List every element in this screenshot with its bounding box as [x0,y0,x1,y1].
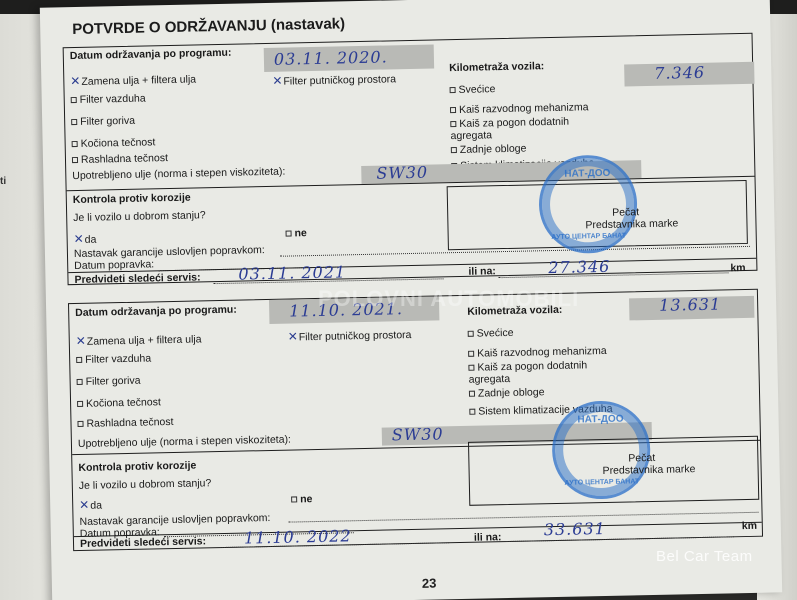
item-label: Kočiona tečnost [81,136,156,150]
next-service-date-value[interactable]: 03.11. 2021 [238,262,346,283]
left-page-text-fragment: ti [0,176,6,187]
maintenance-date-label: Datum održavanja po programu: [70,46,250,63]
checked-x-icon: ✕ [79,498,89,512]
next-service-date-value[interactable]: 11.10. 2022 [244,526,352,547]
item-label: Filter putničkog prostora [283,73,396,87]
item-label: Zamena ulja + filtera ulja [87,333,202,347]
checkbox-icon [450,121,456,127]
checked-x-icon: ✕ [272,74,282,88]
title-suffix: (nastavak) [271,15,346,34]
item-label: Filter vazduha [85,352,151,365]
checkbox-icon [286,231,292,237]
stamp-text-top: НАТ-ДОО [554,413,646,426]
next-service-km-value[interactable]: 33.631 [544,519,606,539]
next-service-label: Predvideti sledeći servis: [74,271,200,286]
option-label: da [90,500,102,512]
item-label: Kaiš za pogon dodatnih agregata [469,359,588,385]
checkbox-icon [72,141,78,147]
checkbox-icon [71,97,77,103]
checklist-item-brake-fluid[interactable]: Kočiona tečnost [72,136,156,150]
or-at-label: ili na: [474,531,502,544]
or-at-label: ili na: [468,265,496,278]
checkbox-icon [468,351,474,357]
item-label: Zadnje obloge [460,143,527,156]
item-label: Svećice [458,83,495,96]
checklist-item-air-filter[interactable]: Filter vazduha [71,93,146,107]
item-label: Filter putničkog prostora [299,329,412,343]
oil-used-label: Upotrebljeno ulje (norma i stepen viskoz… [78,434,291,450]
stamp-label-2: Predstavnika marke [602,463,695,477]
checkbox-icon [77,379,83,385]
warranty-label: Nastavak garancije uslovljen popravkom: [74,244,265,260]
condition-yes-option[interactable]: ✕da [79,498,102,512]
checkbox-icon [72,157,78,163]
item-label: Rashladna tečnost [81,152,168,166]
checkbox-icon [468,365,474,371]
item-label: Svećice [477,327,514,340]
option-label: ne [300,493,313,505]
corner-watermark: Bel Car Team [656,548,753,565]
checkbox-icon [71,119,77,125]
item-label: Kočiona tečnost [86,396,161,410]
stamp-text-top: НАТ-ДОО [541,167,633,180]
dealer-stamp: НАТ-ДОО АУТО ЦЕНТАР БАНАТ [538,154,638,254]
maintenance-date-label: Datum održavanja po programu: [75,302,255,320]
option-label: ne [294,227,307,239]
checklist-item-accessory-belt[interactable]: Kaiš za pogon dodatnih agregata [450,115,600,142]
checkbox-icon [291,497,297,503]
checklist-item-coolant[interactable]: Rashladna tečnost [72,152,168,166]
item-label: Rashladna tečnost [86,416,173,430]
stamp-label-2: Predstavnika marke [585,217,678,231]
checklist-item-air-filter[interactable]: Filter vazduha [76,352,151,366]
checkbox-icon [469,391,475,397]
dealer-stamp: НАТ-ДОО АУТО ЦЕНТАР БАНАТ [551,400,651,500]
mileage-value[interactable]: 7.346 [654,63,705,83]
checklist-item-spark-plugs[interactable]: Svećice [449,83,495,96]
checked-x-icon: ✕ [76,334,86,348]
checklist-item-timing-belt[interactable]: Kaiš razvodnog mehanizma [468,345,607,360]
checked-x-icon: ✕ [70,74,80,88]
mileage-label: Kilometraža vozila: [449,60,544,74]
condition-yes-option[interactable]: ✕da [74,232,97,246]
checkbox-icon [468,331,474,337]
km-unit: km [742,520,757,532]
warranty-label: Nastavak garancije uslovljen popravkom: [79,512,270,528]
checklist-item-timing-belt[interactable]: Kaiš razvodnog mehanizma [450,101,589,116]
item-label: Zadnje obloge [478,386,545,399]
warranty-field[interactable] [289,512,759,523]
stamp-label-1: Pečat [612,206,639,219]
condition-question: Je li vozilo u dobrom stanju? [79,477,212,492]
corrosion-title: Kontrola protiv korozije [73,192,191,206]
item-label: Filter vazduha [80,93,146,106]
checkbox-icon [451,147,457,153]
next-service-km-field [499,272,729,278]
checked-x-icon: ✕ [74,232,84,246]
checked-x-icon: ✕ [288,329,298,343]
condition-no-option[interactable]: ne [291,493,313,505]
checklist-item-oil-filter[interactable]: ✕Zamena ulja + filtera ulja [76,331,202,348]
checkbox-icon [469,409,475,415]
maintenance-record-1: Datum održavanja po programu: 03.11. 202… [63,33,758,285]
checkbox-icon [77,401,83,407]
checklist-item-rear-linings[interactable]: Zadnje obloge [469,386,545,400]
checklist-item-rear-linings[interactable]: Zadnje obloge [451,143,527,157]
checklist-item-accessory-belt[interactable]: Kaiš za pogon dodatnih agregata [468,359,618,386]
checkbox-icon [77,421,83,427]
item-label: Zamena ulja + filtera ulja [81,73,196,87]
item-label: Filter goriva [80,115,135,128]
checklist-item-brake-fluid[interactable]: Kočiona tečnost [77,396,161,410]
checkbox-icon [450,107,456,113]
oil-used-label: Upotrebljeno ulje (norma i stepen viskoz… [72,166,285,182]
checklist-item-spark-plugs[interactable]: Svećice [468,327,514,340]
next-service-km-field [504,536,734,542]
maintenance-record-2: Datum održavanja po programu: 11.10. 202… [68,289,763,551]
km-unit: km [730,262,745,274]
checkbox-icon [450,87,456,93]
option-label: da [85,234,97,246]
checklist-item-cabin-filter[interactable]: ✕Filter putničkog prostora [272,71,396,88]
item-label: Kaiš za pogon dodatnih agregata [450,116,569,142]
item-label: Kaiš razvodnog mehanizma [477,345,607,360]
stamp-text-bottom: АУТО ЦЕНТАР БАНАТ [543,232,635,241]
checklist-item-fuel-filter[interactable]: Filter goriva [71,115,135,128]
title-main: POTVRDE O ODRŽAVANJU [72,17,267,38]
corrosion-title: Kontrola protiv korozije [78,460,196,474]
page-title: POTVRDE O ODRŽAVANJU (nastavak) [72,15,345,38]
item-label: Kaiš razvodnog mehanizma [459,101,589,116]
stamp-text-bottom: АУТО ЦЕНТАР БАНАТ [556,478,648,487]
stamp-label-1: Pečat [628,452,655,465]
checklist-item-cabin-filter[interactable]: ✕Filter putničkog prostora [288,327,412,344]
checklist-item-fuel-filter[interactable]: Filter goriva [77,375,141,388]
checklist-item-oil-filter[interactable]: ✕Zamena ulja + filtera ulja [70,71,196,88]
checkbox-icon [76,357,82,363]
page-number: 23 [422,576,437,591]
next-service-km-value[interactable]: 27.346 [548,257,610,277]
oil-used-value[interactable]: SW30 [392,424,444,444]
oil-used-value[interactable]: SW30 [376,163,428,183]
next-service-label: Predvideti sledeći servis: [80,535,206,550]
condition-no-option[interactable]: ne [285,227,307,239]
divider [68,258,756,273]
mileage-value[interactable]: 13.631 [659,295,721,315]
condition-question: Je li vozilo u dobrom stanju? [73,209,206,224]
item-label: Filter goriva [86,375,141,388]
center-watermark: POLOVNI AUTOMOBILI [318,286,579,312]
maintenance-date-value[interactable]: 03.11. 2020. [274,47,388,68]
checklist-item-coolant[interactable]: Rashladna tečnost [77,416,173,430]
